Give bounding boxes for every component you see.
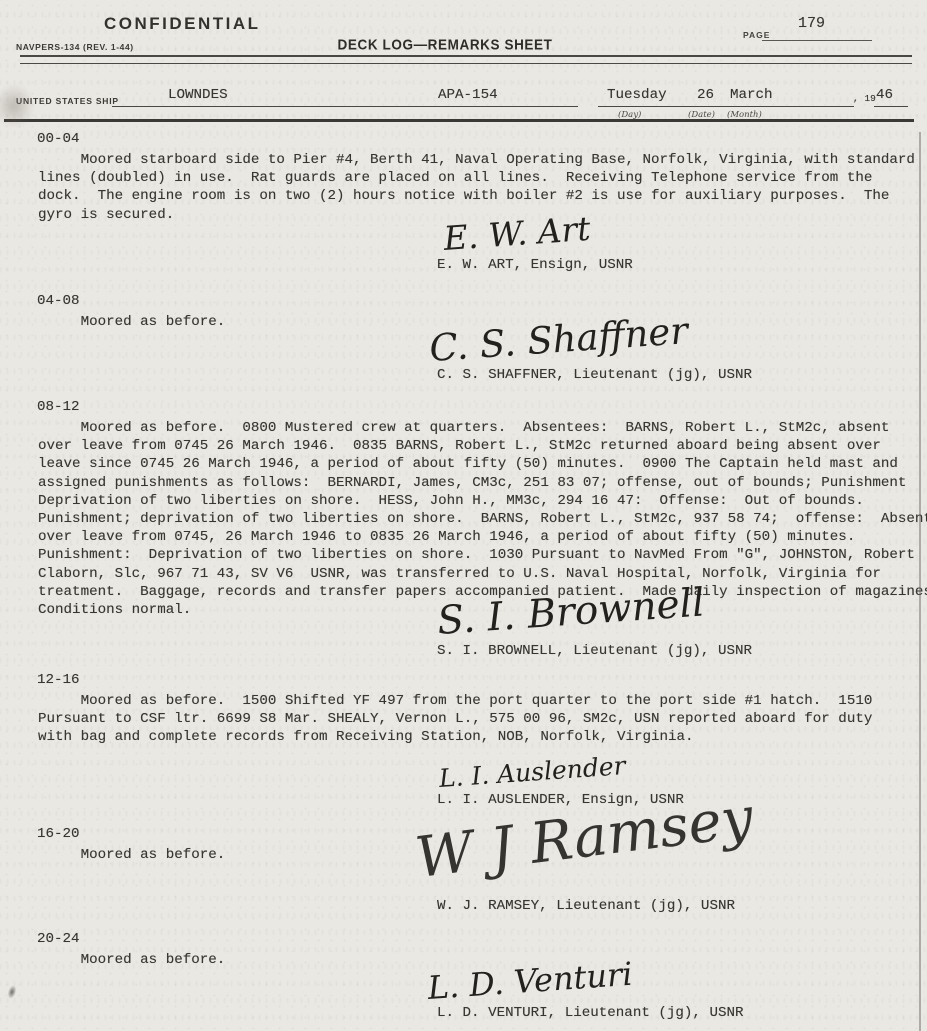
signature-typed-name: L. D. VENTURI, Lieutenant (jg), USNR (437, 1005, 744, 1021)
date-underline (598, 106, 854, 107)
header-thick-rule (4, 119, 914, 122)
entry-remarks-text: Moored as before. (38, 313, 225, 331)
month-name: March (730, 87, 773, 103)
day-of-week: Tuesday (607, 87, 667, 103)
entry-remarks-text: Moored as before. (38, 951, 225, 969)
watch-period-label: 04-08 (37, 293, 80, 309)
classification-stamp: CONFIDENTIAL (104, 14, 261, 34)
date-of-month: 26 (697, 87, 714, 103)
year-prefix: , 19 (853, 93, 876, 104)
ship-name: LOWNDES (168, 87, 228, 103)
hull-number: APA-154 (438, 87, 498, 103)
entry-remarks-text: Moored starboard side to Pier #4, Berth … (38, 151, 915, 224)
watch-period-label: 12-16 (37, 672, 80, 688)
scan-edge-line (919, 132, 921, 1031)
remarks-line: over leave from 0745, 26 March 1946 to 0… (38, 528, 927, 546)
remarks-line: Punishment: Deprivation of two liberties… (38, 546, 927, 564)
remarks-line: Moored as before. 1500 Shifted YF 497 fr… (38, 692, 872, 710)
entry-remarks-text: Moored as before. (38, 846, 225, 864)
remarks-line: dock. The engine room is on two (2) hour… (38, 187, 915, 205)
watch-period-label: 16-20 (37, 826, 80, 842)
watch-period-label: 20-24 (37, 931, 80, 947)
remarks-line: Moored starboard side to Pier #4, Berth … (38, 151, 915, 169)
watch-period-label: 00-04 (37, 131, 80, 147)
year-value: 46 (876, 87, 893, 103)
year-underline (874, 106, 908, 107)
ship-name-underline (112, 106, 578, 107)
signature-typed-name: W. J. RAMSEY, Lieutenant (jg), USNR (437, 898, 735, 914)
scan-smudge (0, 82, 36, 130)
signature-typed-name: C. S. SHAFFNER, Lieutenant (jg), USNR (437, 367, 752, 383)
remarks-line: leave since 0745 26 March 1946, a period… (38, 455, 927, 473)
signature-handwriting: C. S. Shaffner (428, 309, 689, 370)
remarks-line: Claborn, Slc, 967 71 43, SV V6 USNR, was… (38, 565, 927, 583)
remarks-line: Moored as before. (38, 951, 225, 969)
signature-typed-name: E. W. ART, Ensign, USNR (437, 257, 633, 273)
sheet-title: DECK LOG—REMARKS SHEET (0, 36, 890, 52)
page-number: 179 (798, 15, 825, 32)
remarks-line: Moored as before. 0800 Mustered crew at … (38, 419, 927, 437)
remarks-line: Deprivation of two liberties on shore. H… (38, 492, 927, 510)
remarks-line: Pursuant to CSF ltr. 6699 S8 Mar. SHEALY… (38, 710, 872, 728)
signature-handwriting: L. D. Venturi (426, 955, 633, 1007)
remarks-line: Moored as before. (38, 846, 225, 864)
header-double-rule (20, 55, 912, 64)
entry-remarks-text: Moored as before. 1500 Shifted YF 497 fr… (38, 692, 872, 747)
remarks-line: over leave from 0745 26 March 1946. 0835… (38, 437, 927, 455)
scan-smudge (6, 984, 18, 1000)
remarks-line: with bag and complete records from Recei… (38, 728, 872, 746)
signature-typed-name: S. I. BROWNELL, Lieutenant (jg), USNR (437, 643, 752, 659)
deck-log-remarks-sheet: CONFIDENTIAL PAGE 179 NAVPERS-134 (REV. … (0, 0, 927, 1031)
remarks-line: Punishment; deprivation of two liberties… (38, 510, 927, 528)
remarks-line: Moored as before. (38, 313, 225, 331)
signature-handwriting: L. I. Auslender (438, 751, 626, 793)
watch-period-label: 08-12 (37, 399, 80, 415)
remarks-line: assigned punishments as follows: BERNARD… (38, 474, 927, 492)
remarks-line: lines (doubled) in use. Rat guards are p… (38, 169, 915, 187)
entry-remarks-text: Moored as before. 0800 Mustered crew at … (38, 419, 927, 619)
